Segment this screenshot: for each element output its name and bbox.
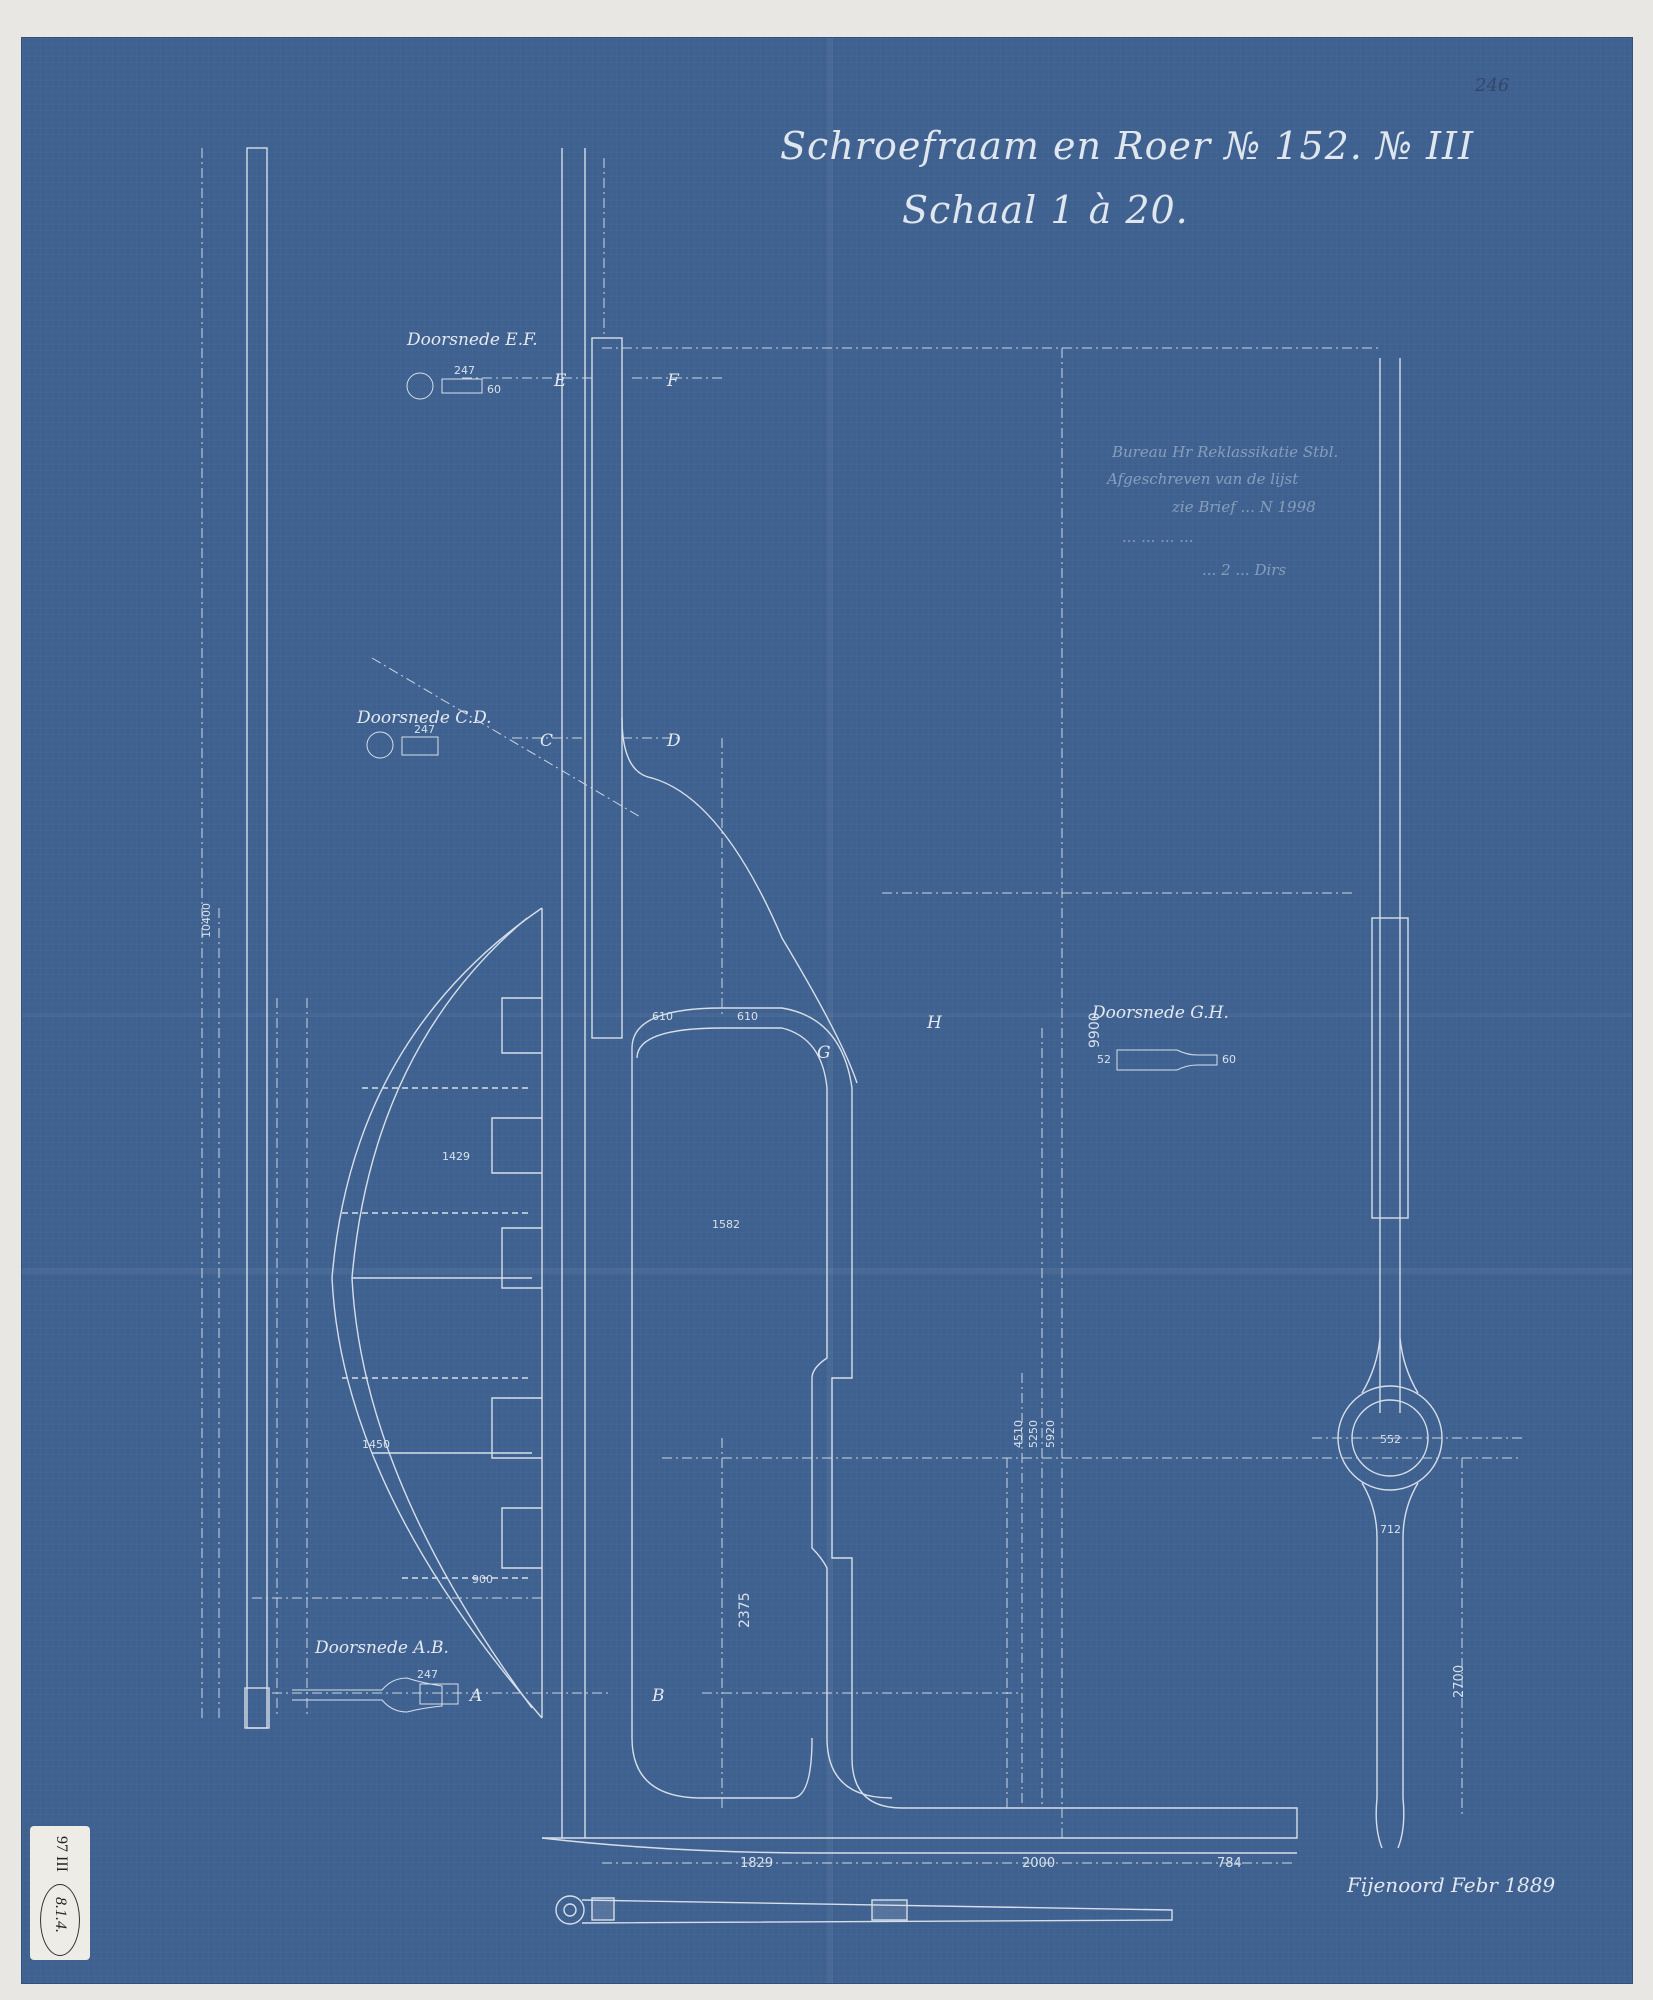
dim-2000: 2000 (1022, 1856, 1055, 1871)
dim-gh-60: 60 (1222, 1053, 1236, 1066)
pencil-mark: 246 (1475, 75, 1509, 96)
dim-2375: 2375 (737, 1592, 753, 1628)
dim-2700: 2700 (1452, 1665, 1467, 1698)
dim-610-a: 610 (652, 1010, 673, 1023)
drawing-scale: Schaal 1 à 20. (902, 188, 1189, 232)
drawing-title: Schroefraam en Roer № 152. № III (780, 124, 1474, 168)
dim-gh-52: 52 (1097, 1053, 1111, 1066)
dim-5250: 5250 (1027, 1420, 1040, 1448)
section-label-gh: Doorsnede G.H. (1092, 1003, 1229, 1023)
dim-552: 552 (1380, 1433, 1401, 1446)
dim-ab-247: 247 (417, 1668, 438, 1681)
marker-b: B (652, 1686, 665, 1706)
dim-10400: 10400 (200, 903, 213, 938)
handwritten-note-line-5: ... 2 ... Dirs (1202, 561, 1286, 579)
dim-1450: 1450 (362, 1438, 390, 1451)
handwritten-note-line-4: ... ... ... ... (1122, 528, 1194, 546)
dim-900: 900 (472, 1573, 493, 1586)
dim-712: 712 (1380, 1523, 1401, 1536)
dim-5920: 5920 (1044, 1420, 1057, 1448)
section-label-ef: Doorsnede E.F. (407, 330, 538, 350)
archive-tag-number: 97 III (52, 1836, 70, 1872)
dim-ef-247: 247 (454, 364, 475, 377)
marker-a: A (470, 1686, 482, 1706)
archive-tag-circled: 8.1.4. (51, 1897, 69, 1933)
marker-d: D (667, 731, 681, 751)
blueprint-sheet: Schroefraam en Roer № 152. № III Schaal … (22, 38, 1632, 1983)
marker-h: H (927, 1013, 942, 1033)
marker-c: C (540, 731, 553, 751)
marker-f: F (667, 371, 679, 391)
left-bar-outline (247, 148, 267, 1728)
archive-tag: 97 III 8.1.4. (30, 1826, 90, 1960)
section-label-ab: Doorsnede A.B. (315, 1638, 449, 1658)
technical-drawing (22, 38, 1632, 1983)
handwritten-note-line-2: Afgeschreven van de lijst (1107, 470, 1298, 488)
signature: Fijenoord Febr 1889 (1347, 1873, 1555, 1897)
dim-4510: 4510 (1012, 1420, 1025, 1448)
marker-g: G (817, 1043, 831, 1063)
dim-cd-247: 247 (414, 723, 435, 736)
dim-1829: 1829 (740, 1856, 773, 1871)
handwritten-note-line-1: Bureau Hr Reklassikatie Stbl. (1112, 443, 1338, 461)
dim-1429: 1429 (442, 1150, 470, 1163)
dim-610-b: 610 (737, 1010, 758, 1023)
dim-784: 784 (1217, 1856, 1242, 1871)
dim-1582: 1582 (712, 1218, 740, 1231)
archive-tag-circle: 8.1.4. (40, 1884, 80, 1956)
marker-e: E (554, 371, 566, 391)
handwritten-note-line-3: zie Brief ... N 1998 (1172, 498, 1316, 516)
dim-9900: 9900 (1087, 1012, 1103, 1048)
dim-ef-60: 60 (487, 383, 501, 396)
